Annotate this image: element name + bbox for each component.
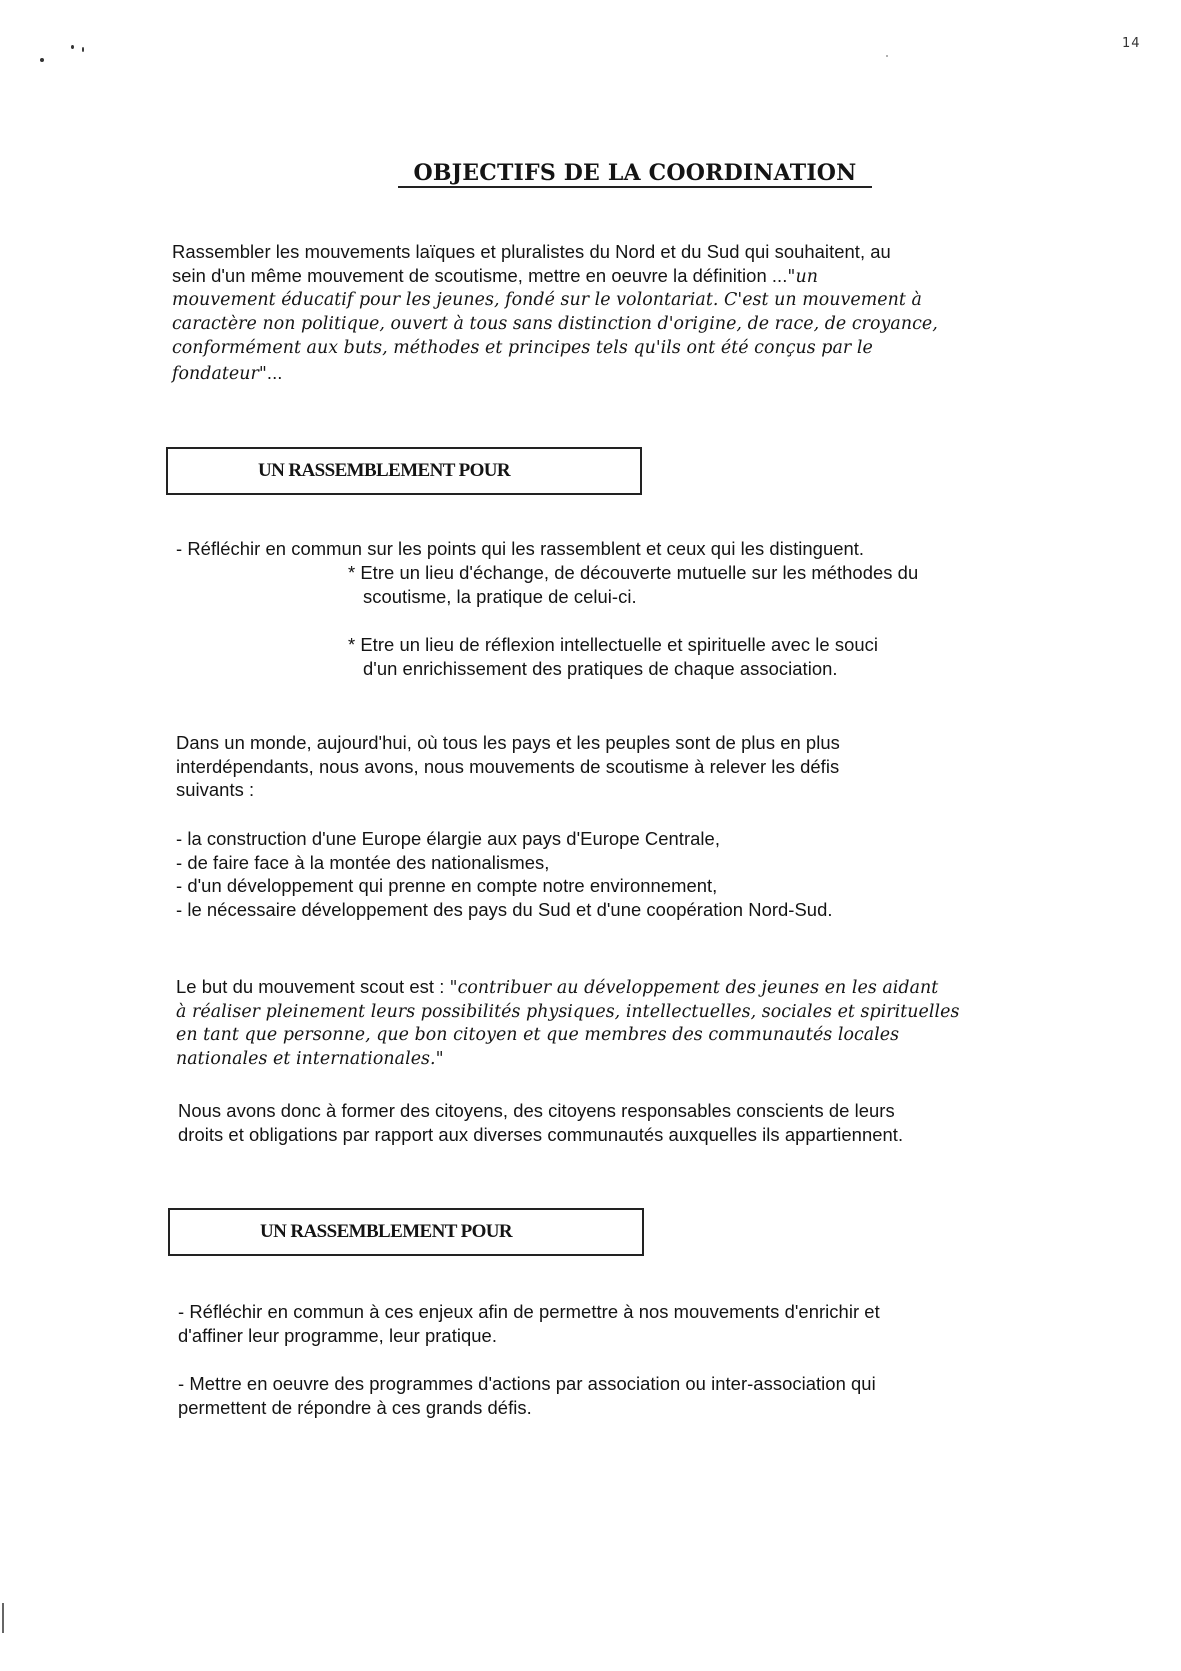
challenge-item: - le nécessaire développement des pays d… bbox=[176, 898, 1076, 922]
page-number: 14 bbox=[1122, 36, 1141, 51]
list-item-line: - Mettre en oeuvre des programmes d'acti… bbox=[178, 1372, 1098, 1396]
intro-line: Rassembler les mouvements laïques et plu… bbox=[172, 240, 1072, 264]
intro-quote-line: conformément aux buts, méthodes et princ… bbox=[172, 337, 1072, 361]
intro-line: sein d'un même mouvement de scoutisme, m… bbox=[172, 264, 1072, 290]
context-paragraph: Dans un monde, aujourd'hui, où tous les … bbox=[176, 731, 1076, 802]
list-item-line: d'affiner leur programme, leur pratique. bbox=[178, 1324, 1098, 1348]
goal-quote-line: à réaliser pleinement leurs possibilités… bbox=[176, 1001, 1096, 1025]
section1-list: - Réfléchir en commun sur les points qui… bbox=[176, 537, 1076, 561]
sub-item-line: * Etre un lieu d'échange, de découverte … bbox=[348, 561, 918, 585]
scan-speck bbox=[2, 1603, 4, 1633]
goal-paragraph: Le but du mouvement scout est : "contrib… bbox=[176, 975, 1096, 1072]
citizens-line: droits et obligations par rapport aux di… bbox=[178, 1123, 1098, 1147]
section1-subitem: * Etre un lieu d'échange, de découverte … bbox=[348, 561, 918, 608]
scan-speck bbox=[886, 55, 888, 57]
scan-speck bbox=[40, 58, 44, 62]
section2-item: - Réfléchir en commun à ces enjeux afin … bbox=[178, 1300, 1098, 1347]
goal-quote-line: nationales et internationales." bbox=[176, 1048, 1096, 1072]
citizens-line: Nous avons donc à former des citoyens, d… bbox=[178, 1099, 1098, 1123]
goal-line: Le but du mouvement scout est : "contrib… bbox=[176, 975, 1096, 1001]
challenges-list: - la construction d'une Europe élargie a… bbox=[176, 827, 1076, 922]
section-box: UN RASSEMBLEMENT POUR bbox=[166, 447, 642, 495]
scan-speck bbox=[71, 45, 74, 49]
sub-item-line: * Etre un lieu de réflexion intellectuel… bbox=[348, 633, 878, 657]
intro-quote-line: mouvement éducatif pour les jeunes, fond… bbox=[172, 289, 1072, 313]
intro-paragraph: Rassembler les mouvements laïques et plu… bbox=[172, 240, 1072, 386]
context-line: interdépendants, nous avons, nous mouvem… bbox=[176, 755, 1076, 779]
section-box-label: UN RASSEMBLEMENT POUR bbox=[258, 460, 510, 482]
section-box-label: UN RASSEMBLEMENT POUR bbox=[260, 1221, 512, 1243]
challenge-item: - d'un développement qui prenne en compt… bbox=[176, 874, 1076, 898]
intro-quote-line: caractère non politique, ouvert à tous s… bbox=[172, 313, 1072, 337]
context-line: suivants : bbox=[176, 778, 1076, 802]
list-item-line: permettent de répondre à ces grands défi… bbox=[178, 1396, 1098, 1420]
list-item: - Réfléchir en commun sur les points qui… bbox=[176, 537, 1076, 561]
goal-quote-line: en tant que personne, que bon citoyen et… bbox=[176, 1024, 1096, 1048]
intro-quote-line: fondateur"... bbox=[172, 361, 1072, 387]
challenge-item: - la construction d'une Europe élargie a… bbox=[176, 827, 1076, 851]
section1-subitem: * Etre un lieu de réflexion intellectuel… bbox=[348, 633, 878, 680]
section-box: UN RASSEMBLEMENT POUR bbox=[168, 1208, 644, 1256]
citizens-paragraph: Nous avons donc à former des citoyens, d… bbox=[178, 1099, 1098, 1146]
scan-speck bbox=[82, 47, 84, 52]
context-line: Dans un monde, aujourd'hui, où tous les … bbox=[176, 731, 1076, 755]
section2-item: - Mettre en oeuvre des programmes d'acti… bbox=[178, 1372, 1098, 1419]
list-item-line: - Réfléchir en commun à ces enjeux afin … bbox=[178, 1300, 1098, 1324]
sub-item-line: d'un enrichissement des pratiques de cha… bbox=[348, 657, 878, 681]
challenge-item: - de faire face à la montée des national… bbox=[176, 851, 1076, 875]
sub-item-line: scoutisme, la pratique de celui-ci. bbox=[348, 585, 918, 609]
page-title: OBJECTIFS DE LA COORDINATION bbox=[398, 160, 872, 188]
